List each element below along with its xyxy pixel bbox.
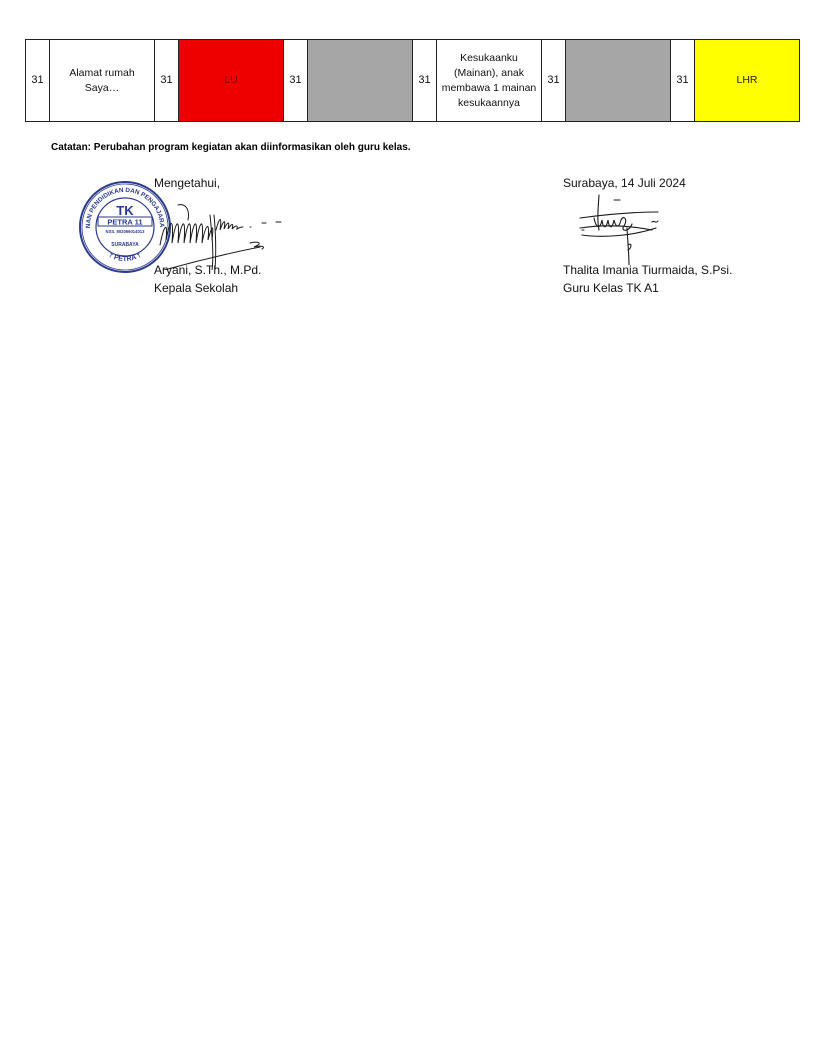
day-number-cell: 31 (671, 40, 695, 122)
holiday-cell-lhr: LHR (695, 40, 800, 122)
theme-cell: Alamat rumah Saya… (50, 40, 155, 122)
svg-text:SURABAYA: SURABAYA (111, 242, 139, 248)
empty-gray-cell (308, 40, 413, 122)
day-number-cell: 31 (284, 40, 308, 122)
principal-signature-icon (150, 185, 300, 270)
table-row: 31 Alamat rumah Saya… 31 LU 31 31 Kesuka… (26, 40, 800, 122)
principal-name: Aryani, S.Th., M.Pd. (154, 261, 261, 279)
svg-text:TK: TK (116, 203, 134, 218)
activity-cell: Kesukaanku (Mainan), anak membawa 1 main… (437, 40, 542, 122)
holiday-cell-lu: LU (179, 40, 284, 122)
svg-text:† PETRA †: † PETRA † (107, 252, 142, 263)
svg-text:NSS. 802056014013: NSS. 802056014013 (106, 229, 146, 234)
svg-text:PETRA 11: PETRA 11 (107, 218, 142, 227)
schedule-note: Catatan: Perubahan program kegiatan akan… (51, 142, 411, 153)
day-number-cell: 31 (542, 40, 566, 122)
teacher-name: Thalita Imania Tiurmaida, S.Psi. (563, 261, 732, 279)
teacher-signature-icon (572, 190, 667, 265)
day-number-cell: 31 (155, 40, 179, 122)
day-number-cell: 31 (26, 40, 50, 122)
teacher-role: Guru Kelas TK A1 (563, 279, 659, 297)
empty-gray-cell (566, 40, 671, 122)
principal-role: Kepala Sekolah (154, 279, 238, 297)
day-number-cell: 31 (413, 40, 437, 122)
schedule-table: 31 Alamat rumah Saya… 31 LU 31 31 Kesuka… (25, 39, 800, 122)
